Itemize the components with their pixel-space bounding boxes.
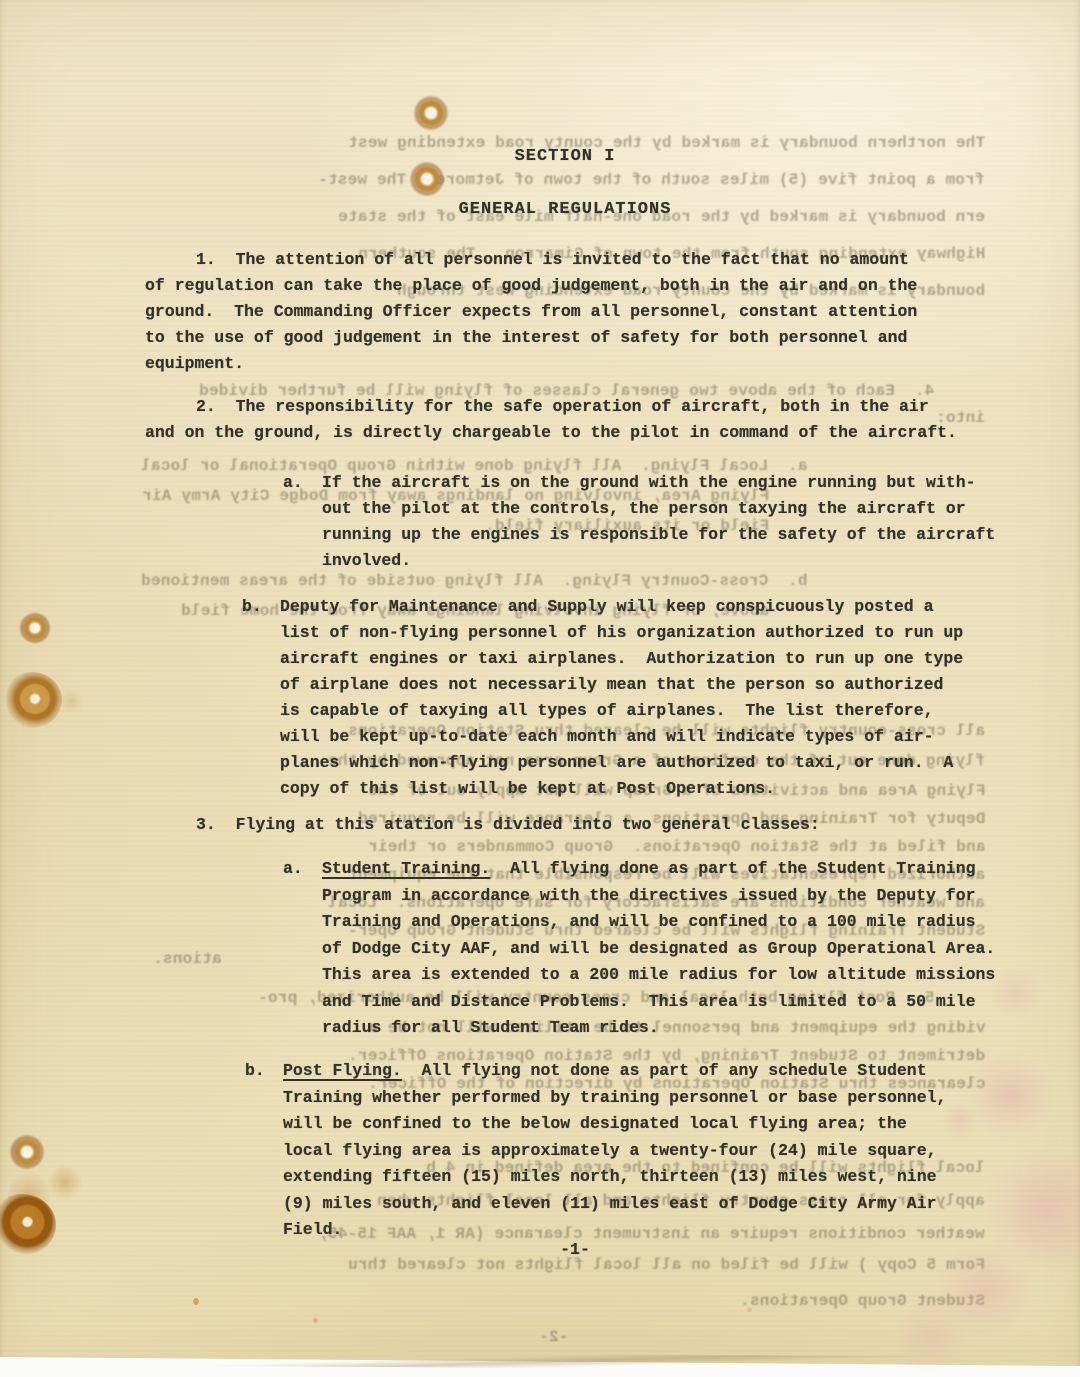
item-marker: b. [242, 594, 262, 620]
typewritten-text-layer: SECTION I GENERAL REGULATIONS 1. The att… [0, 0, 1080, 1377]
item-text-rest: All flying not done as part of any sched… [283, 1061, 946, 1239]
list-item-2a: a. If the aircraft is on the ground with… [283, 470, 995, 574]
section-heading: SECTION I [145, 144, 985, 170]
scanned-document: The northern boundary is marked by the c… [0, 0, 1080, 1377]
item-marker: b. [245, 1058, 265, 1085]
item-text: If the aircraft is on the ground with th… [322, 470, 995, 574]
list-item-3a: a. Student Training. All flying done as … [283, 856, 995, 1042]
paragraph-1: 1. The attention of all personnel is inv… [145, 247, 1005, 377]
item-text: Post Flying. All flying not done as part… [283, 1058, 946, 1244]
item-text: Deputy for Maintenance and Supply will k… [280, 594, 963, 802]
item-text-rest: All flying done as part of the Student T… [322, 859, 995, 1037]
item-text: Student Training. All flying done as par… [322, 856, 995, 1042]
item-marker: a. [283, 470, 303, 496]
list-item-3b: b. Post Flying. All flying not done as p… [245, 1058, 946, 1244]
item-marker: a. [283, 856, 303, 883]
paragraph-3: 3. Flying at this atation is divided int… [145, 812, 1005, 838]
list-item-2b: b. Deputy for Maintenance and Supply wil… [242, 594, 963, 802]
paragraph-2: 2. The responsibility for the safe opera… [145, 394, 1005, 446]
document-title: GENERAL REGULATIONS [145, 197, 985, 223]
underlined-term: Post Flying. [283, 1061, 402, 1080]
underlined-term: Student Training. [322, 859, 490, 878]
page-number: -1- [145, 1237, 1005, 1263]
